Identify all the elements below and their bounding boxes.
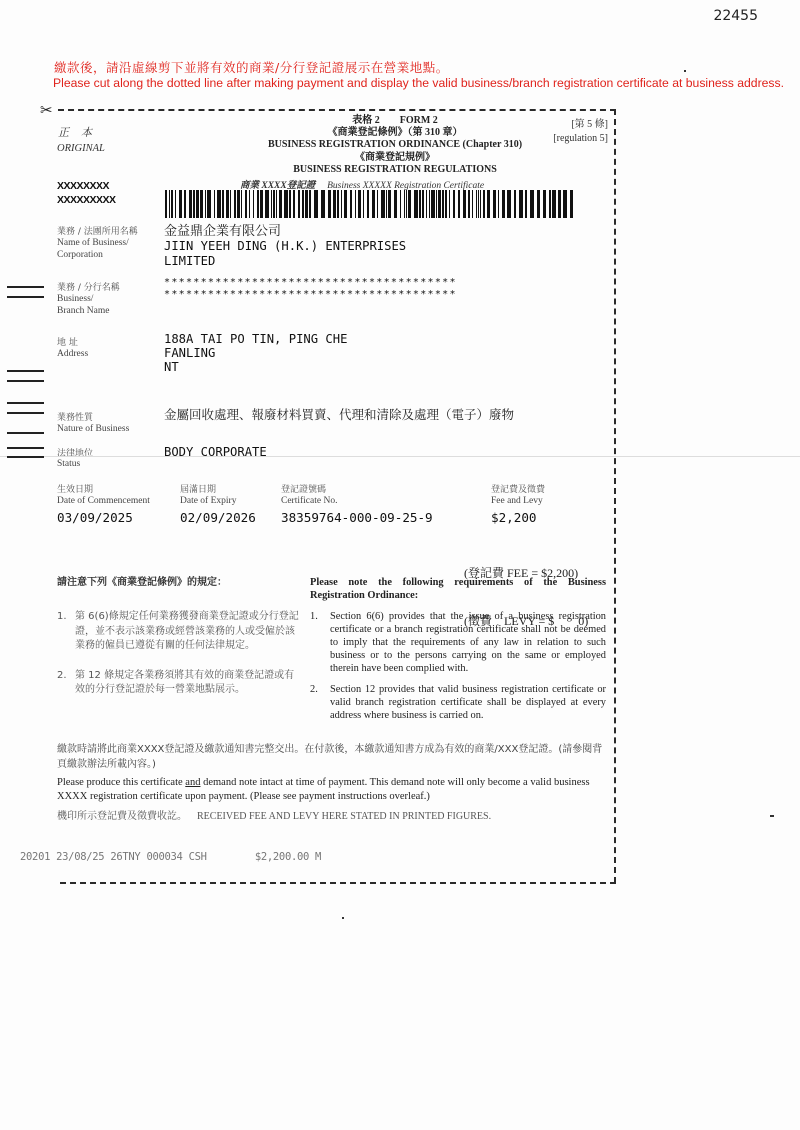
barcode-bar <box>193 190 195 218</box>
fee-value: $2,200 <box>491 510 545 525</box>
barcode-bar <box>253 190 254 218</box>
label-en: Fee and Levy <box>491 495 545 507</box>
label-en: Date of Commencement <box>57 495 150 507</box>
barcode-bar <box>377 190 378 218</box>
branch-name-value: ****************************************… <box>164 277 457 301</box>
barcode-bar <box>171 190 173 218</box>
barcode-bar <box>525 190 527 218</box>
barcode-bar <box>478 190 479 218</box>
barcode-bar <box>476 190 477 218</box>
note-en-item: 2. Section 12 provides that valid busine… <box>310 683 606 722</box>
label-en: Certificate No. <box>281 495 433 507</box>
barcode-bar <box>426 190 427 218</box>
barcode-bar <box>388 190 391 218</box>
masked-line: XXXXXXXXX <box>57 193 116 207</box>
barcode-bar <box>502 190 505 218</box>
certificate-value: 38359764-000-09-25-9 <box>281 510 433 525</box>
status-label: 法律地位 Status <box>57 446 93 470</box>
fold-line <box>0 456 800 457</box>
barcode-bar <box>214 190 215 218</box>
margin-mark <box>7 412 44 414</box>
barcode-bar <box>328 190 331 218</box>
barcode-bar <box>196 190 199 218</box>
margin-mark <box>7 447 44 449</box>
certificate-title: 商業 XXXX登記證 Business XXXXX Registration C… <box>240 177 484 191</box>
barcode-bar <box>422 190 424 218</box>
address-label: 地 址 Address <box>57 335 88 360</box>
note-en-item: 1. Section 6(6) provides that the issue … <box>310 610 606 675</box>
label-zh: 業務性質 <box>57 410 129 423</box>
barcode-bar <box>438 190 441 218</box>
barcode-bar <box>507 190 511 218</box>
barcode-bar <box>333 190 336 218</box>
certificate-number: 登記證號碼 Certificate No. 38359764-000-09-25… <box>281 482 433 525</box>
barcode-bar <box>493 190 496 218</box>
barcode-bar <box>284 190 288 218</box>
label-en: Nature of Business <box>57 423 129 435</box>
address-line: 188A TAI PO TIN, PING CHE <box>164 332 347 346</box>
barcode-bar <box>265 190 269 218</box>
margin-mark <box>7 456 44 458</box>
copy-label-en: ORIGINAL <box>57 143 105 154</box>
barcode-bar <box>298 190 300 218</box>
payment-note-zh: 繳款時請將此商業XXXX登記證及繳款通知書完整交出。在付款後，本繳款通知書方成為… <box>57 742 612 772</box>
note-text: 第 6(6)條規定任何業務獲發商業登記證或分行登記證，並不表示該業務或經營該業務… <box>75 611 299 651</box>
margin-mark <box>7 380 44 382</box>
barcode-bar <box>237 190 240 218</box>
barcode-bar <box>519 190 523 218</box>
barcode-bar <box>257 190 259 218</box>
note-text: Section 12 provides that valid business … <box>330 684 606 721</box>
ordinance-en: BUSINESS REGISTRATION ORDINANCE (Chapter… <box>230 139 560 151</box>
regulations-zh: 《商業登記規例》 <box>230 152 560 164</box>
business-name-en-cont: LIMITED <box>164 254 406 269</box>
barcode-bar <box>472 190 473 218</box>
cut-line-top <box>58 109 616 111</box>
barcode-bar <box>245 190 247 218</box>
regulation-ref-en: [regulation 5] <box>540 132 608 146</box>
barcode-bar <box>487 190 490 218</box>
address-line: NT <box>164 360 347 374</box>
note-text: 第 12 條規定各業務須將其有效的商業登記證或有效的分行登記證於每一營業地點展示… <box>75 670 294 696</box>
barcode-bar <box>442 190 444 218</box>
barcode-bar <box>309 190 311 218</box>
speck <box>770 815 774 817</box>
margin-mark <box>7 286 44 288</box>
barcode-bar <box>530 190 534 218</box>
payment-note-en: Please produce this certificate and dema… <box>57 776 612 804</box>
payment-and: and <box>185 777 200 788</box>
barcode-bar <box>165 190 167 218</box>
barcode-bar <box>514 190 516 218</box>
note-text: Section 6(6) provides that the issue of … <box>330 611 606 674</box>
label-zh: 生效日期 <box>57 482 150 495</box>
barcode-bar <box>406 190 407 218</box>
barcode-bar <box>241 190 242 218</box>
label-en: Branch Name <box>57 305 120 317</box>
barcode-bar <box>408 190 411 218</box>
barcode-bar <box>552 190 556 218</box>
serial-number: 22455 <box>713 8 758 24</box>
barcode-bar <box>321 190 325 218</box>
notes-zh-list: 1. 第 6(6)條規定任何業務獲發商業登記證或分行登記證，並不表示該業務或經營… <box>57 610 302 698</box>
expiry-date: 屆滿日期 Date of Expiry 02/09/2026 <box>180 482 256 525</box>
barcode-bar <box>463 190 466 218</box>
barcode-bar <box>276 190 277 218</box>
barcode-bar <box>222 190 224 218</box>
notes-heading-en: Please note the following requirements o… <box>310 576 606 602</box>
masked-reference: XXXXXXXX XXXXXXXXX <box>57 179 116 207</box>
barcode-bar <box>189 190 192 218</box>
barcode-bar <box>498 190 499 218</box>
barcode-bar <box>367 190 369 218</box>
label-zh: 屆滿日期 <box>180 482 256 495</box>
barcode-bar <box>445 190 447 218</box>
note-number: 2. <box>310 683 318 696</box>
barcode-bar <box>537 190 540 218</box>
label-zh: 業務 / 分行名稱 <box>57 280 120 293</box>
barcode-bar <box>289 190 291 218</box>
barcode-bar <box>350 190 352 218</box>
barcode-bar <box>169 190 170 218</box>
barcode-bar <box>458 190 460 218</box>
regulations-en: BUSINESS REGISTRATION REGULATIONS <box>230 164 560 176</box>
barcode-bar <box>372 190 375 218</box>
barcode-bar <box>217 190 221 218</box>
note-zh-item: 2. 第 12 條規定各業務須將其有效的商業登記證或有效的分行登記證於每一營業地… <box>57 669 302 698</box>
barcode-bar <box>200 190 203 218</box>
copy-label-zh: 正本 <box>58 124 104 140</box>
address-value: 188A TAI PO TIN, PING CHE FANLING NT <box>164 332 347 374</box>
notes-heading-zh: 請注意下列《商業登記條例》的規定： <box>57 576 227 591</box>
address-line: FANLING <box>164 346 347 360</box>
barcode-bar <box>449 190 450 218</box>
form-header: 表格 2 FORM 2 《商業登記條例》（第 310 章） BUSINESS R… <box>230 115 560 176</box>
margin-mark <box>7 296 44 298</box>
cut-line-right <box>614 109 616 883</box>
barcode-bar <box>279 190 282 218</box>
barcode-bar <box>234 190 236 218</box>
barcode-bar <box>429 190 430 218</box>
label-zh: 登記證號碼 <box>281 482 433 495</box>
label-zh: 登記費及徵費 <box>491 482 545 495</box>
barcode-bar <box>184 190 186 218</box>
regulation-ref: [第 5 條] [regulation 5] <box>540 118 608 146</box>
barcode-bar <box>570 190 573 218</box>
barcode-bar <box>468 190 470 218</box>
cut-instruction-zh: 繳款後，請沿虛線剪下並將有效的商業/分行登記證展示在營業地點。 <box>54 58 449 76</box>
branch-name-masked: **************************************** <box>164 289 457 301</box>
branch-name-label: 業務 / 分行名稱 Business/ Branch Name <box>57 280 120 317</box>
label-en: Corporation <box>57 249 138 261</box>
barcode-bar <box>558 190 561 218</box>
barcode-bar <box>404 190 405 218</box>
business-name-value: 金益鼎企業有限公司 JIIN YEEH DING (H.K.) ENTERPRI… <box>164 220 406 269</box>
barcode-bar <box>273 190 275 218</box>
notes-en-list: 1. Section 6(6) provides that the issue … <box>310 610 606 722</box>
ordinance-zh: 《商業登記條例》（第 310 章） <box>230 127 560 139</box>
expiry-value: 02/09/2026 <box>180 510 256 525</box>
barcode-bar <box>314 190 318 218</box>
barcode-bar <box>341 190 342 218</box>
margin-mark <box>7 402 44 404</box>
barcode-bar <box>230 190 231 218</box>
barcode-bar <box>386 190 387 218</box>
barcode-bar <box>563 190 567 218</box>
barcode-bar <box>419 190 421 218</box>
barcode <box>165 190 577 218</box>
label-en: Status <box>57 458 93 470</box>
barcode-bar <box>453 190 455 218</box>
barcode-bar <box>400 190 401 218</box>
barcode-bar <box>355 190 356 218</box>
cut-line-bottom <box>60 882 616 884</box>
barcode-bar <box>302 190 304 218</box>
barcode-bar <box>431 190 435 218</box>
barcode-bar <box>363 190 364 218</box>
label-zh: 地 址 <box>57 335 88 348</box>
label-zh: 業務 / 法團所用名稱 <box>57 224 138 237</box>
barcode-bar <box>543 190 546 218</box>
regulation-ref-zh: [第 5 條] <box>540 118 608 132</box>
speck <box>342 917 344 919</box>
barcode-bar <box>179 190 182 218</box>
barcode-bar <box>436 190 437 218</box>
barcode-bar <box>483 190 485 218</box>
label-en: Business/ <box>57 293 120 305</box>
barcode-bar <box>293 190 295 218</box>
form-number: 表格 2 FORM 2 <box>230 115 560 127</box>
margin-mark <box>7 370 44 372</box>
barcode-bar <box>358 190 361 218</box>
barcode-bar <box>226 190 229 218</box>
payment-text: Please produce this certificate <box>57 777 185 788</box>
barcode-bar <box>305 190 308 218</box>
barcode-bar <box>175 190 176 218</box>
barcode-bar <box>394 190 397 218</box>
margin-mark <box>7 432 44 434</box>
label-en: Name of Business/ <box>57 237 138 249</box>
business-name-label: 業務 / 法團所用名稱 Name of Business/ Corporatio… <box>57 224 138 261</box>
barcode-bar <box>205 190 206 218</box>
receipt-stamp: 20201 23/08/25 26TNY 000034 CSH $2,200.0… <box>20 851 321 863</box>
note-number: 2. <box>57 669 67 684</box>
note-number: 1. <box>310 610 318 623</box>
business-name-en: JIIN YEEH DING (H.K.) ENTERPRISES <box>164 239 406 254</box>
fee-and-levy: 登記費及徵費 Fee and Levy $2,200 <box>491 482 545 525</box>
scissors-icon: ✂ <box>40 101 53 119</box>
barcode-bar <box>271 190 272 218</box>
label-en: Date of Expiry <box>180 495 256 507</box>
note-zh-item: 1. 第 6(6)條規定任何業務獲發商業登記證或分行登記證，並不表示該業務或經營… <box>57 610 302 654</box>
cut-instruction-en: Please cut along the dotted line after m… <box>53 76 784 90</box>
barcode-bar <box>207 190 211 218</box>
nature-label: 業務性質 Nature of Business <box>57 410 129 435</box>
commencement-date: 生效日期 Date of Commencement 03/09/2025 <box>57 482 150 525</box>
label-en: Address <box>57 348 88 360</box>
barcode-bar <box>414 190 418 218</box>
barcode-bar <box>260 190 263 218</box>
barcode-bar <box>480 190 481 218</box>
barcode-bar <box>249 190 250 218</box>
business-name-zh: 金益鼎企業有限公司 <box>164 220 406 239</box>
barcode-bar <box>337 190 339 218</box>
branch-name-masked: **************************************** <box>164 277 457 289</box>
barcode-bar <box>381 190 385 218</box>
nature-value: 金屬回收處理、報廢材料買賣、代理和清除及處理（電子）廢物 <box>164 405 514 423</box>
speck <box>684 70 686 72</box>
barcode-bar <box>344 190 347 218</box>
masked-line: XXXXXXXX <box>57 179 116 193</box>
received-note: 機印所示登記費及徵費收訖。 RECEIVED FEE AND LEVY HERE… <box>57 809 491 824</box>
note-number: 1. <box>57 610 67 625</box>
commencement-value: 03/09/2025 <box>57 510 150 525</box>
barcode-bar <box>549 190 551 218</box>
